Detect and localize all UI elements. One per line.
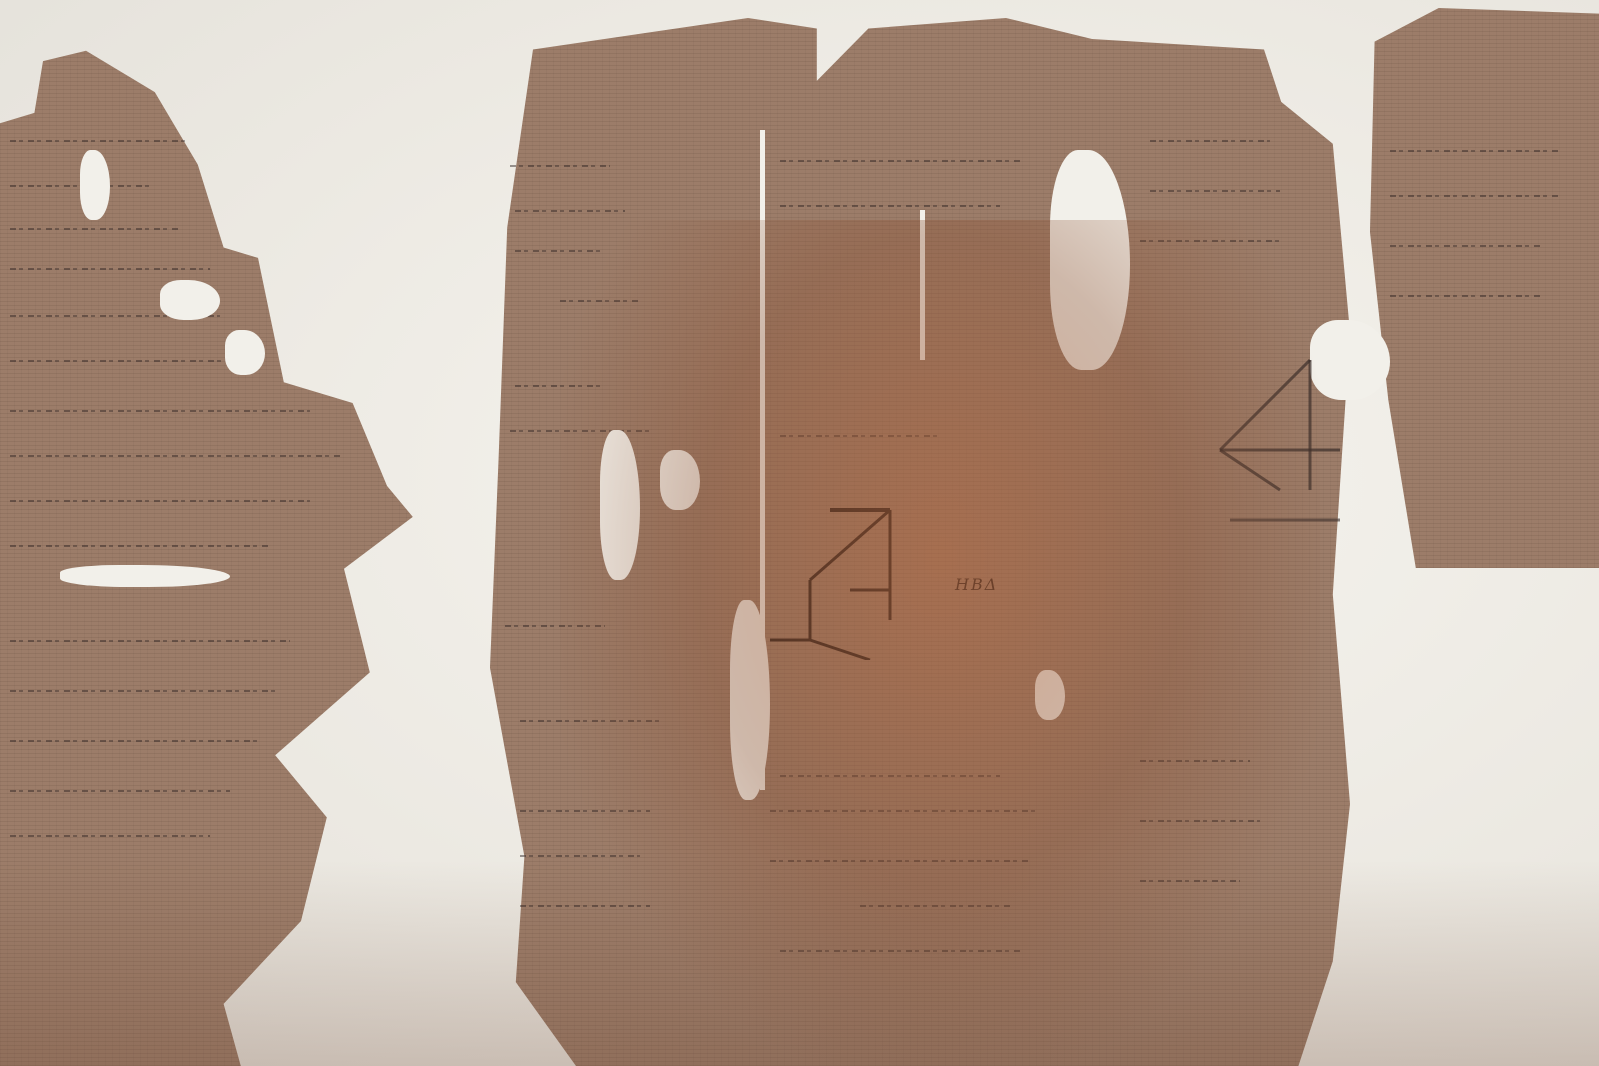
geometric-diagram-center: [770, 500, 910, 660]
papyrus-fragment-right: [1370, 8, 1599, 568]
diagram-label: HBΔ: [955, 575, 998, 594]
geometric-diagram-right: [1200, 350, 1350, 530]
papyrus-photo: HBΔ: [0, 0, 1599, 1066]
